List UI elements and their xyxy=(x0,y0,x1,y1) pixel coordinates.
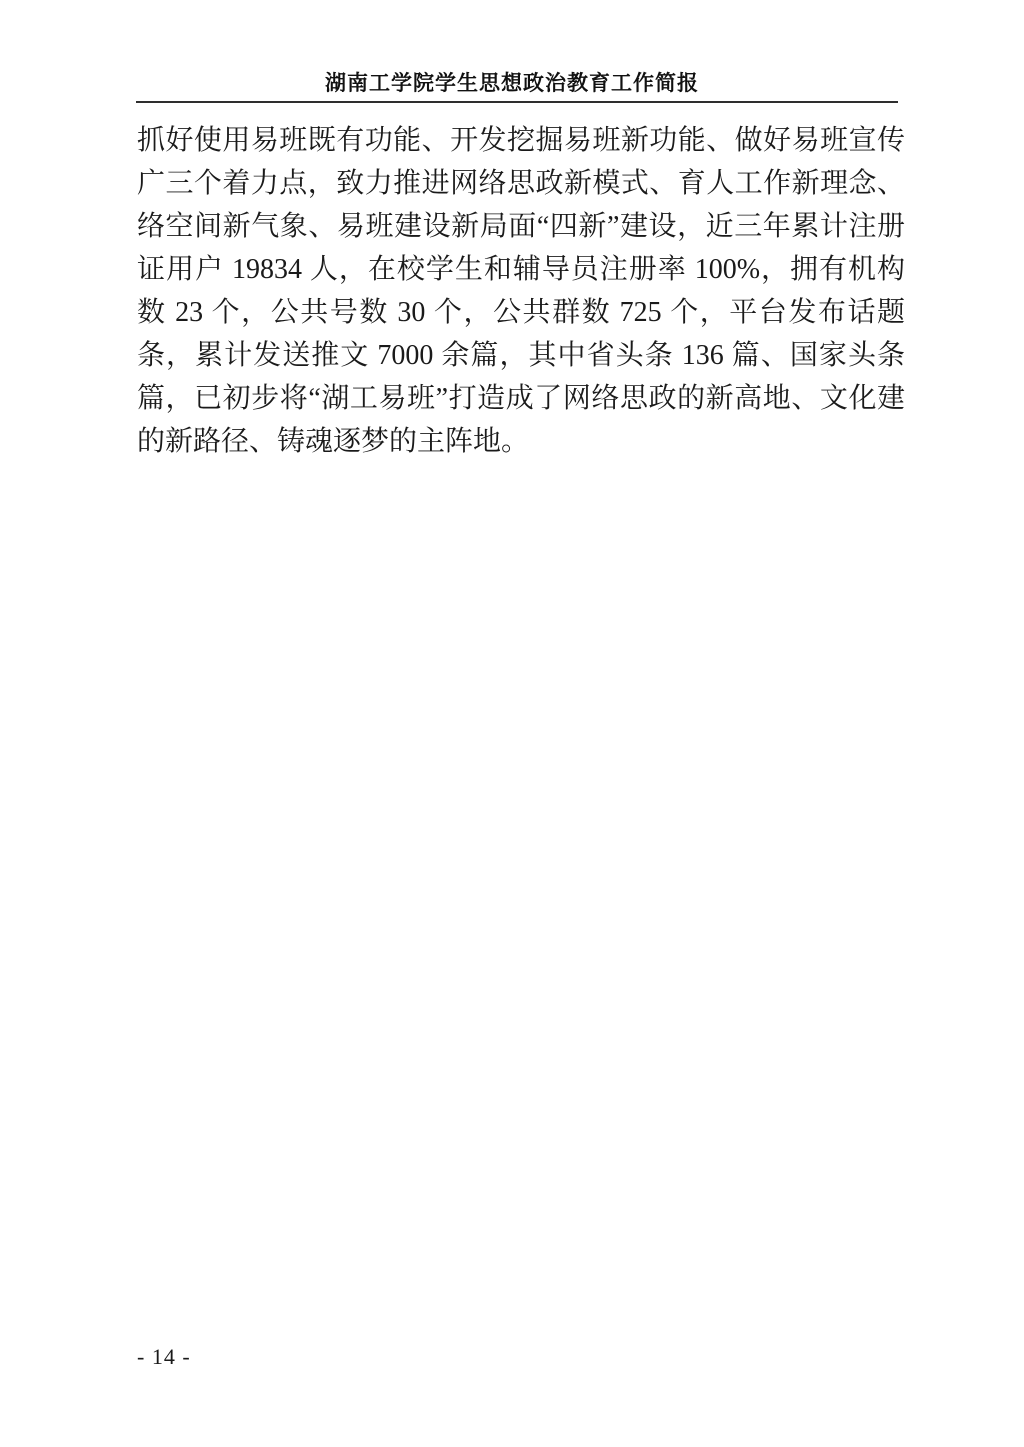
paragraph-line: 络空间新气象、易班建设新局面“四新”建设，近三年累计注册认 xyxy=(137,205,905,248)
paragraph-line: 证用户 19834 人，在校学生和辅导员注册率 100%，拥有机构群 xyxy=(137,248,905,291)
document-page: 湖南工学院学生思想政治教育工作简报 抓好使用易班既有功能、开发挖掘易班新功能、做… xyxy=(0,0,1024,1447)
page-header-title: 湖南工学院学生思想政治教育工作简报 xyxy=(0,70,1024,98)
paragraph-line: 篇，已初步将“湖工易班”打造成了网络思政的新高地、文化建设 xyxy=(137,377,905,420)
paragraph-line: 广三个着力点，致力推进网络思政新模式、育人工作新理念、网 xyxy=(137,162,905,205)
header-divider xyxy=(136,101,898,103)
paragraph-line: 抓好使用易班既有功能、开发挖掘易班新功能、做好易班宣传推 xyxy=(137,119,905,162)
paragraph-line: 数 23 个，公共号数 30 个，公共群数 725 个，平台发布话题 73022 xyxy=(137,291,905,334)
paragraph-line: 条，累计发送推文 7000 余篇，其中省头条 136 篇、国家头条 40 xyxy=(137,334,905,377)
body-paragraph: 抓好使用易班既有功能、开发挖掘易班新功能、做好易班宣传推 广三个着力点，致力推进… xyxy=(137,119,905,463)
paragraph-line: 的新路径、铸魂逐梦的主阵地。 xyxy=(137,420,905,463)
page-number: - 14 - xyxy=(137,1344,191,1370)
